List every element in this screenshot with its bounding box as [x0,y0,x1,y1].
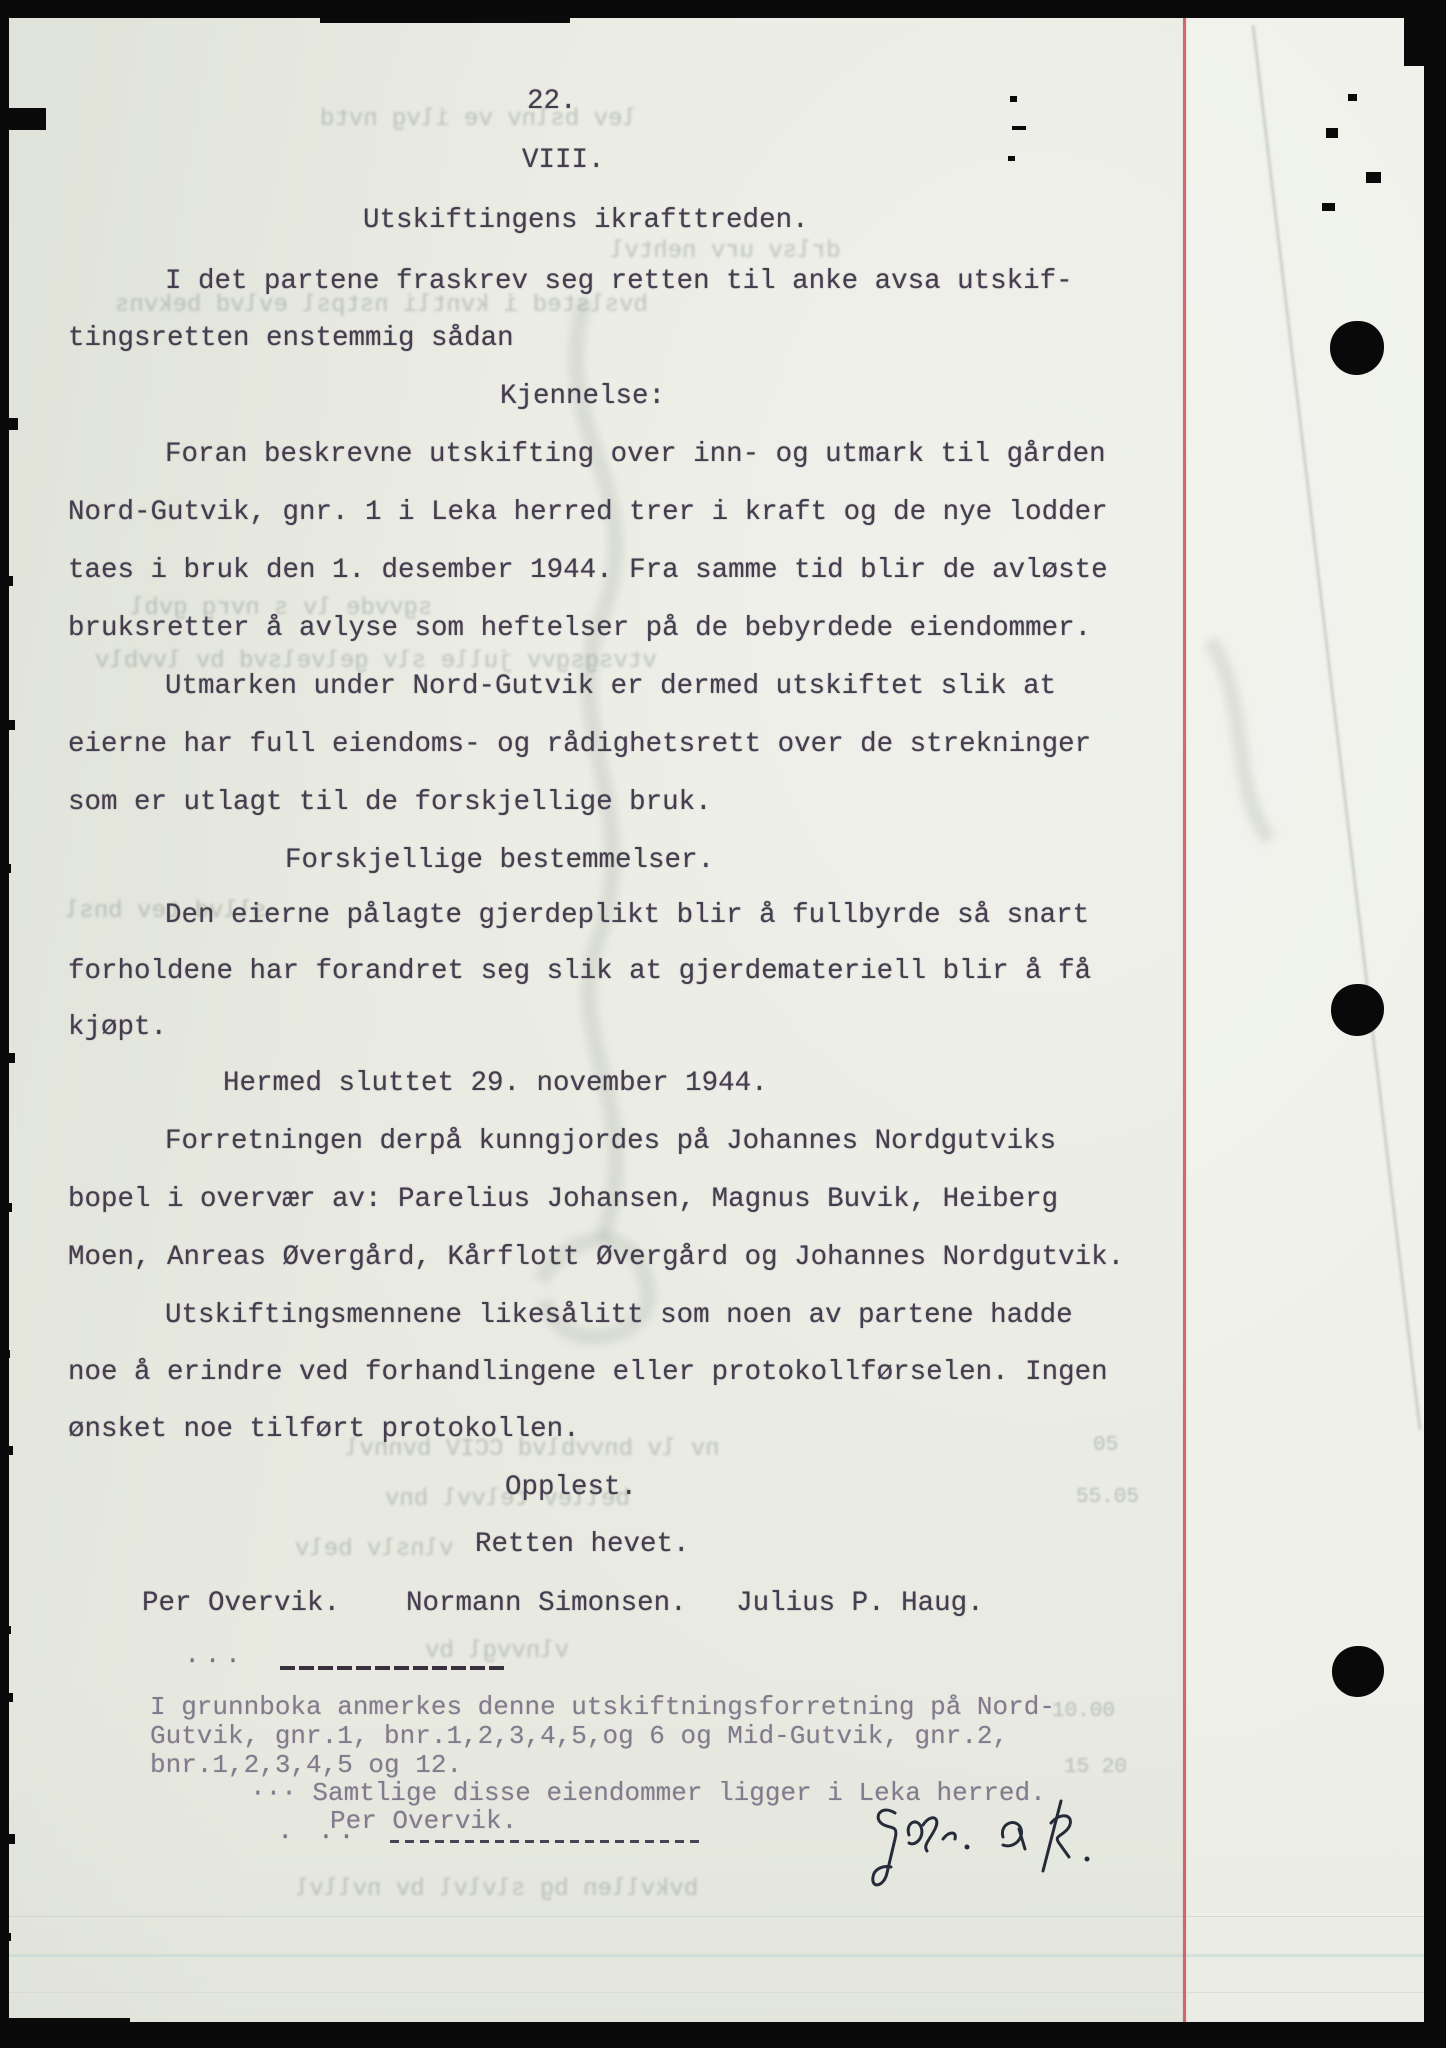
scanned-document-page: lev bslnv ve ilvg nvtd drlsv urv nehtvl … [0,0,1446,2048]
scan-speck [0,864,11,873]
margin-dots: · ·· [278,1824,360,1852]
bleedthrough-text: lev bslnv ve ilvg nvtd [320,106,637,133]
body-line: ønsket noe tilført protokollen. [68,1414,580,1446]
scan-speck [0,1203,12,1212]
body-line: I det partene fraskrev seg retten til an… [165,266,1073,298]
scan-border-left [0,0,9,2048]
scan-speck [0,1626,11,1634]
scan-speck [1366,172,1381,183]
scan-speck [0,1350,10,1358]
subheading-bestemmelser: Forskjellige bestemmelser. [285,845,714,877]
ink-speck [1012,126,1026,130]
scan-speck [0,1693,13,1702]
scan-speck [0,418,18,430]
body-line: bopel i overvær av: Parelius Johansen, M… [68,1184,1058,1216]
body-line: som er utlagt til de forskjellige bruk. [68,787,712,819]
scan-speck [1326,128,1338,138]
section-number: VIII. [522,145,605,177]
scan-speck [0,576,13,586]
body-line: forholdene har forandret seg slik at gje… [68,956,1091,988]
footnote-line: bnr.1,2,3,4,5 og 12. [150,1751,462,1781]
punch-hole [1332,1646,1384,1697]
body-line: taes i bruk den 1. desember 1944. Fra sa… [68,555,1108,587]
bleedthrough-text: bvkvllen bg slvlvl bv nvllvl [295,1876,698,1903]
scan-speck [1348,94,1357,101]
subheading-kjennelse: Kjennelse: [500,381,665,413]
separator-rule-heavy [280,1666,505,1670]
scan-speck [1322,203,1335,211]
body-line: tingsretten enstemmig sådan [68,323,514,355]
scan-speck [0,1053,15,1063]
scan-streak [0,1916,1446,1917]
body-line: Nord-Gutvik, gnr. 1 i Leka herred trer i… [68,497,1108,529]
bleedthrough-number: 15 20 [1064,1756,1127,1779]
body-line: kjøpt. [68,1012,167,1044]
handwritten-initials [865,1795,1115,1905]
body-line: Moen, Anreas Øvergård, Kårflott Øvergård… [68,1242,1124,1274]
scan-speck [0,1834,15,1844]
body-line: noe å erindre ved forhandlingene eller p… [68,1357,1108,1389]
body-line: eierne har full eiendoms- og rådighetsre… [68,729,1091,761]
scan-speck [0,108,46,130]
punch-hole [1330,321,1384,375]
scan-border-top [0,0,1446,18]
bleedthrough-text: drlsv urv nehtvl [610,238,840,265]
body-line: Forretningen derpå kunngjordes på Johann… [165,1126,1056,1158]
ink-speck [1008,156,1015,161]
right-margin-area [1186,16,1424,2022]
scan-border-top-wave [320,18,570,23]
signature-names-line: Per Overvik. Normann Simonsen. Julius P.… [142,1588,984,1620]
punch-hole [1331,984,1384,1036]
closing-date-line: Hermed sluttet 29. november 1944. [223,1068,768,1100]
body-line: Den eierne pålagte gjerdeplikt blir å fu… [165,900,1089,932]
red-margin-line [1183,16,1186,2022]
body-line: Foran beskrevne utskifting over inn- og … [165,439,1106,471]
scan-speck [0,720,15,730]
scan-border-right-wedge [1404,12,1446,66]
bleedthrough-number: 55.05 [1076,1486,1139,1509]
scan-speck [0,1933,11,1941]
body-line: Utmarken under Nord-Gutvik er dermed uts… [165,671,1056,703]
scan-streak [0,1954,1446,1957]
page-number: 22. [527,86,577,118]
body-line: Utskiftingsmennene likesålitt som noen a… [165,1300,1073,1332]
scan-border-right [1424,0,1446,2048]
body-line: bruksretter å avlyse som heftelser på de… [68,613,1091,645]
bleedthrough-text: vlnvvgl bv [425,1638,569,1665]
scan-streak [0,1992,1446,1993]
subheading-opplest: Opplest. [505,1472,637,1504]
scan-border-bottom [0,2022,1446,2048]
bleedthrough-text: vlnslv belv [295,1536,453,1563]
section-title: Utskiftingens ikrafttreden. [363,205,809,237]
bleedthrough-number: 10.00 [1052,1700,1115,1723]
scan-border-bottom-wave [0,2018,130,2024]
scan-speck [0,1446,13,1455]
footnote-line: Gutvik, gnr.1, bnr.1,2,3,4,5,og 6 og Mid… [150,1722,1008,1752]
footnote-line: I grunnboka anmerkes denne utskiftningsf… [150,1693,1055,1723]
separator-rule-dashed [390,1840,700,1843]
margin-dots: ··· [185,1648,246,1676]
ink-speck [1010,96,1017,102]
subheading-retten-hevet: Retten hevet. [475,1529,690,1561]
bleedthrough-number: 05 [1093,1434,1118,1457]
